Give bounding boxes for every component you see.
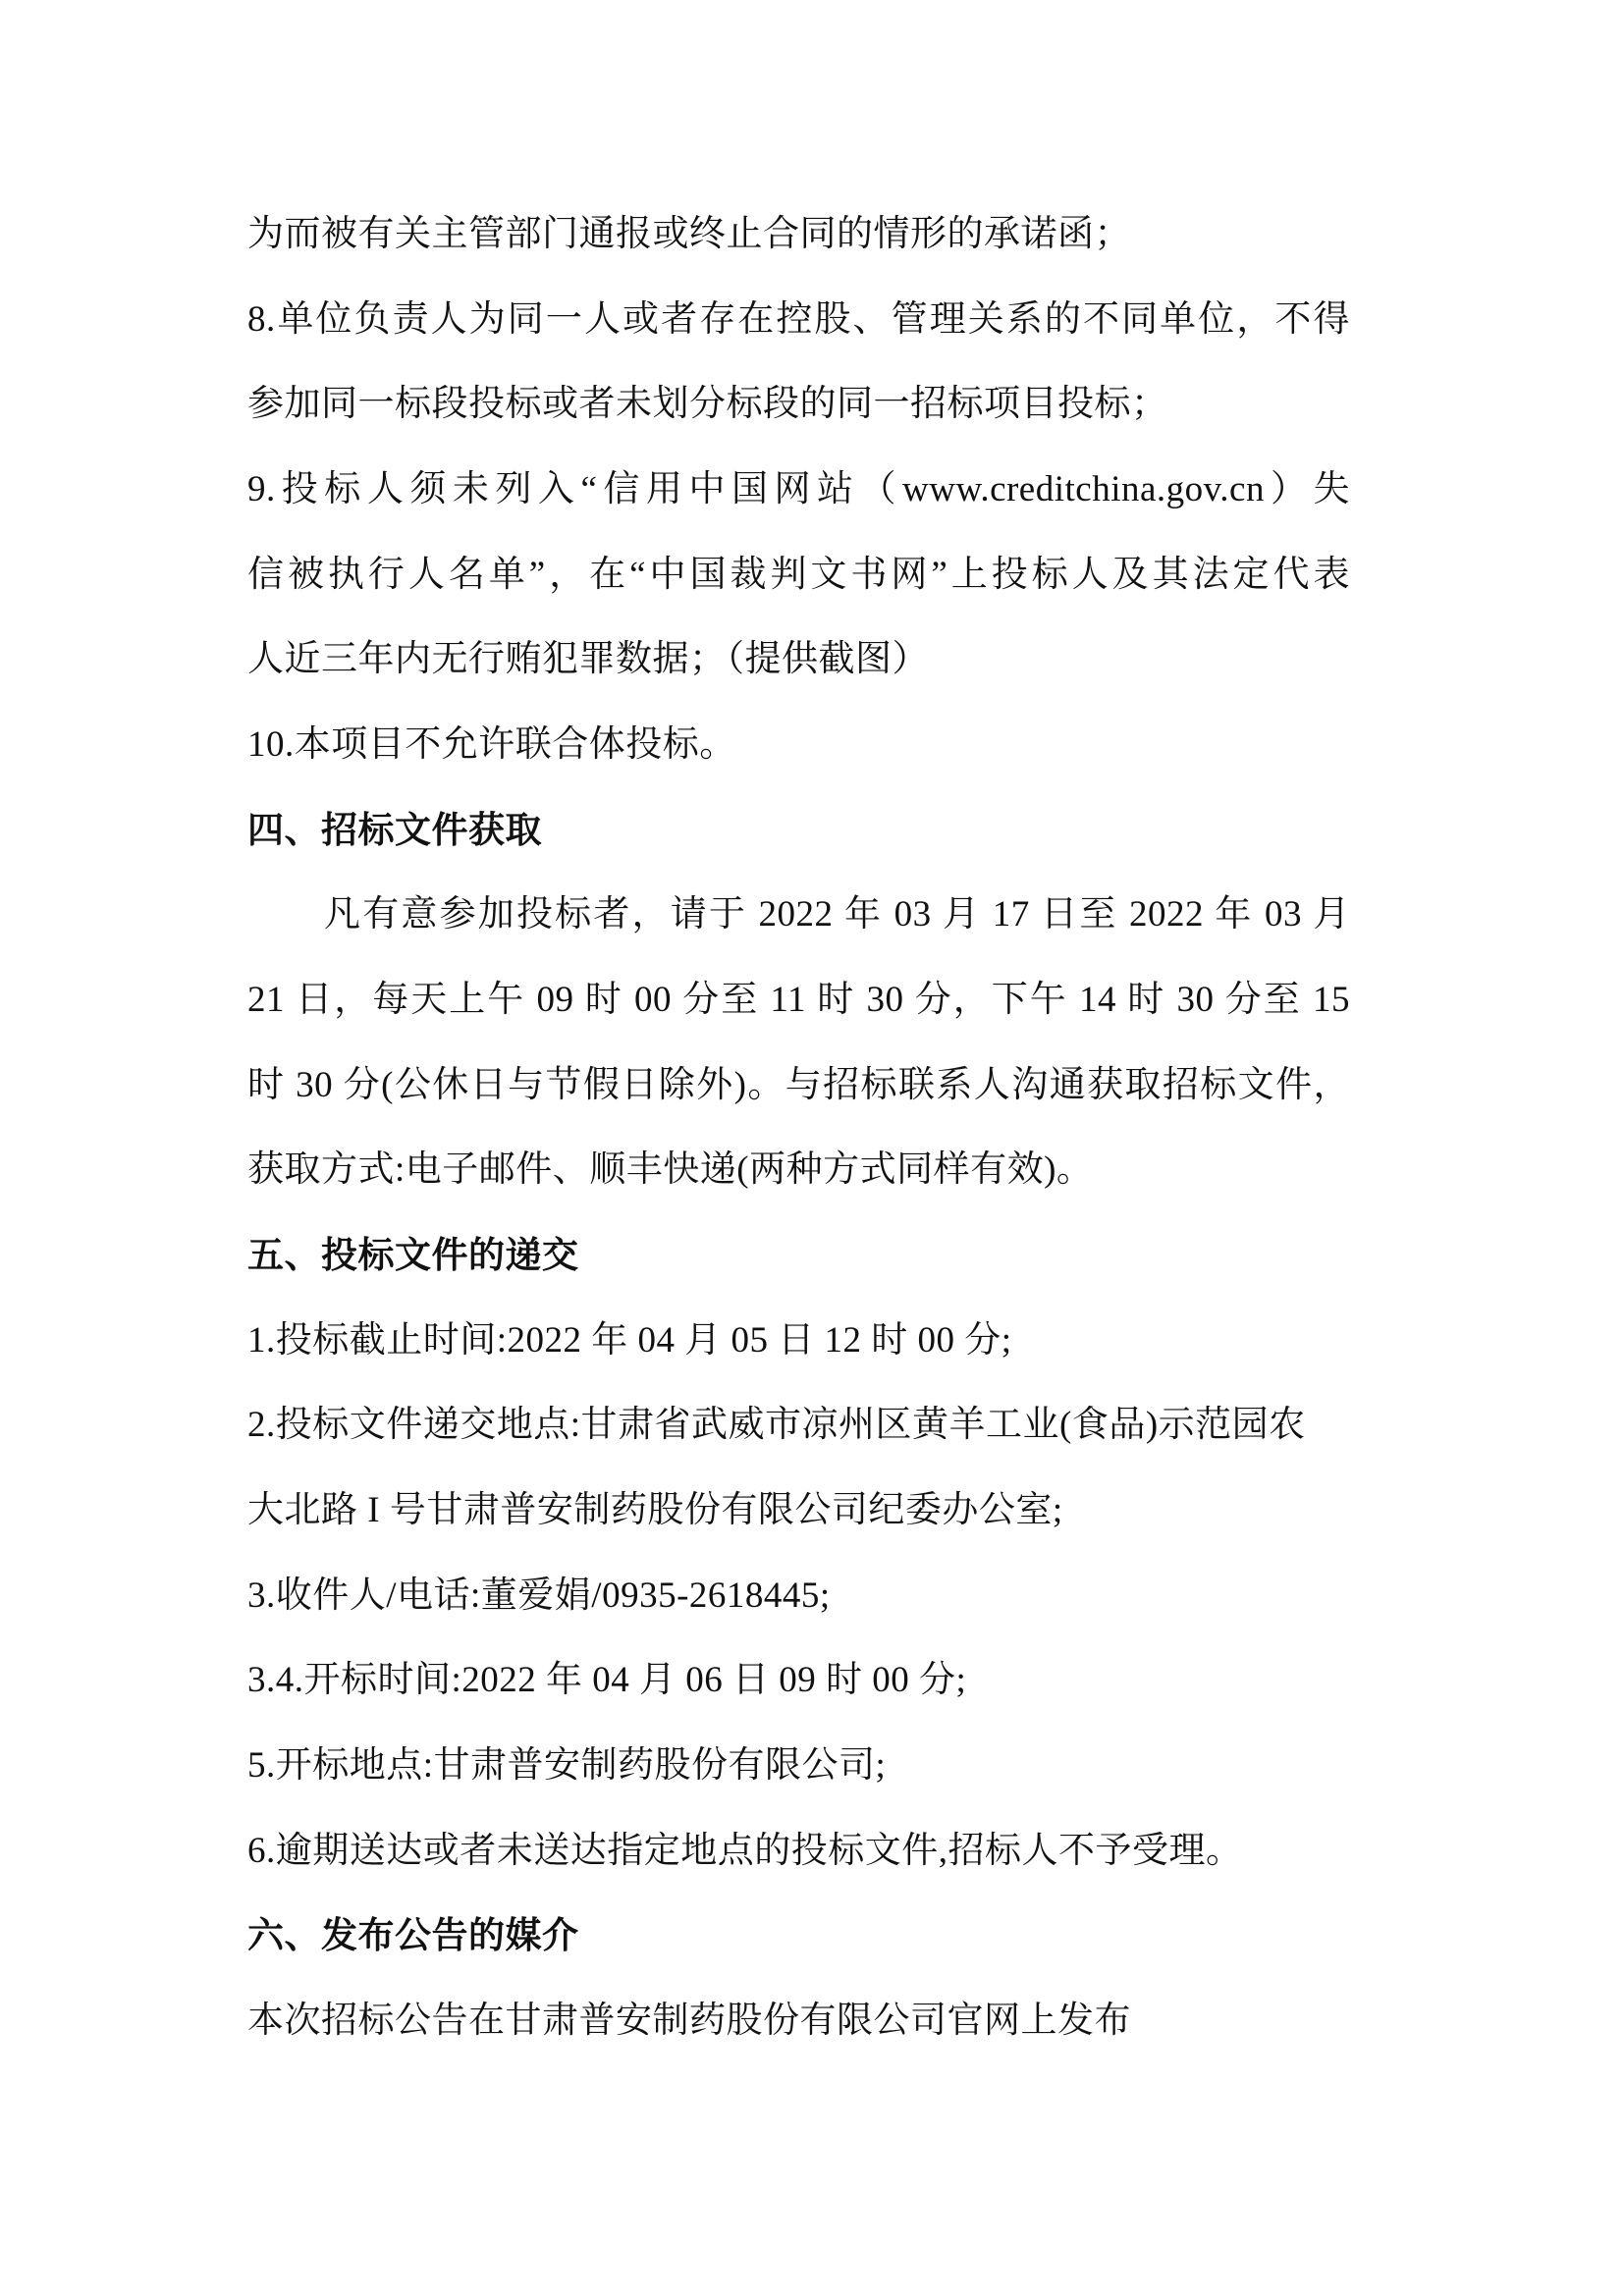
section-4-heading: 四、招标文件获取	[247, 807, 542, 854]
section-4-paragraph-line-1: 凡有意参加投标者，请于 2022 年 03 月 17 日至 2022 年 03 …	[324, 891, 1350, 938]
section-5-item-late-submission: 6.逾期送达或者未送达指定地点的投标文件,招标人不予受理。	[247, 1828, 1243, 1875]
requirement-9-line-1: 9.投标人须未列入“信用中国网站（www.creditchina.gov.cn）…	[247, 466, 1350, 513]
section-5-item-opening-time: 3.4.开标时间:2022 年 04 月 06 日 09 时 00 分;	[247, 1657, 966, 1704]
section-5-item-location-line-2: 大北路 I 号甘肃普安制药股份有限公司纪委办公室;	[247, 1487, 1063, 1534]
requirement-8-line-1: 8.单位负责人为同一人或者存在控股、管理关系的不同单位，不得	[247, 296, 1350, 344]
requirement-7-continuation: 为而被有关主管部门通报或终止合同的情形的承诺函；	[247, 211, 1131, 258]
section-4-paragraph-line-3: 时 30 分(公休日与节假日除外)。与招标联系人沟通获取招标文件，	[247, 1062, 1350, 1109]
requirement-8-line-2: 参加同一标段投标或者未划分标段的同一招标项目投标；	[247, 381, 1168, 428]
section-4-paragraph-line-4: 获取方式:电子邮件、顺丰快递(两种方式同样有效)。	[247, 1147, 1093, 1194]
requirement-10: 10.本项目不允许联合体投标。	[247, 721, 736, 769]
section-6-heading: 六、发布公告的媒介	[247, 1912, 579, 1959]
requirement-9-line-2: 信被执行人名单”，在“中国裁判文书网”上投标人及其法定代表	[247, 552, 1350, 599]
section-5-item-opening-location: 5.开标地点:甘肃普安制药股份有限公司;	[247, 1742, 886, 1789]
section-5-heading: 五、投标文件的递交	[247, 1232, 579, 1279]
requirement-9-line-3: 人近三年内无行贿犯罪数据；（提供截图）	[247, 636, 929, 683]
section-5-item-recipient: 3.收件人/电话:董爱娟/0935-2618445;	[247, 1573, 831, 1620]
section-4-paragraph-line-2: 21 日，每天上午 09 时 00 分至 11 时 30 分，下午 14 时 3…	[247, 977, 1350, 1024]
document-page: 为而被有关主管部门通报或终止合同的情形的承诺函； 8.单位负责人为同一人或者存在…	[0, 0, 1624, 2296]
section-6-body: 本次招标公告在甘肃普安制药股份有限公司官网上发布	[247, 1998, 1131, 2045]
section-5-item-deadline: 1.投标截止时间:2022 年 04 月 05 日 12 时 00 分;	[247, 1317, 1012, 1364]
section-5-item-location-line-1: 2.投标文件递交地点:甘肃省武威市凉州区黄羊工业(食品)示范园农	[247, 1402, 1306, 1449]
